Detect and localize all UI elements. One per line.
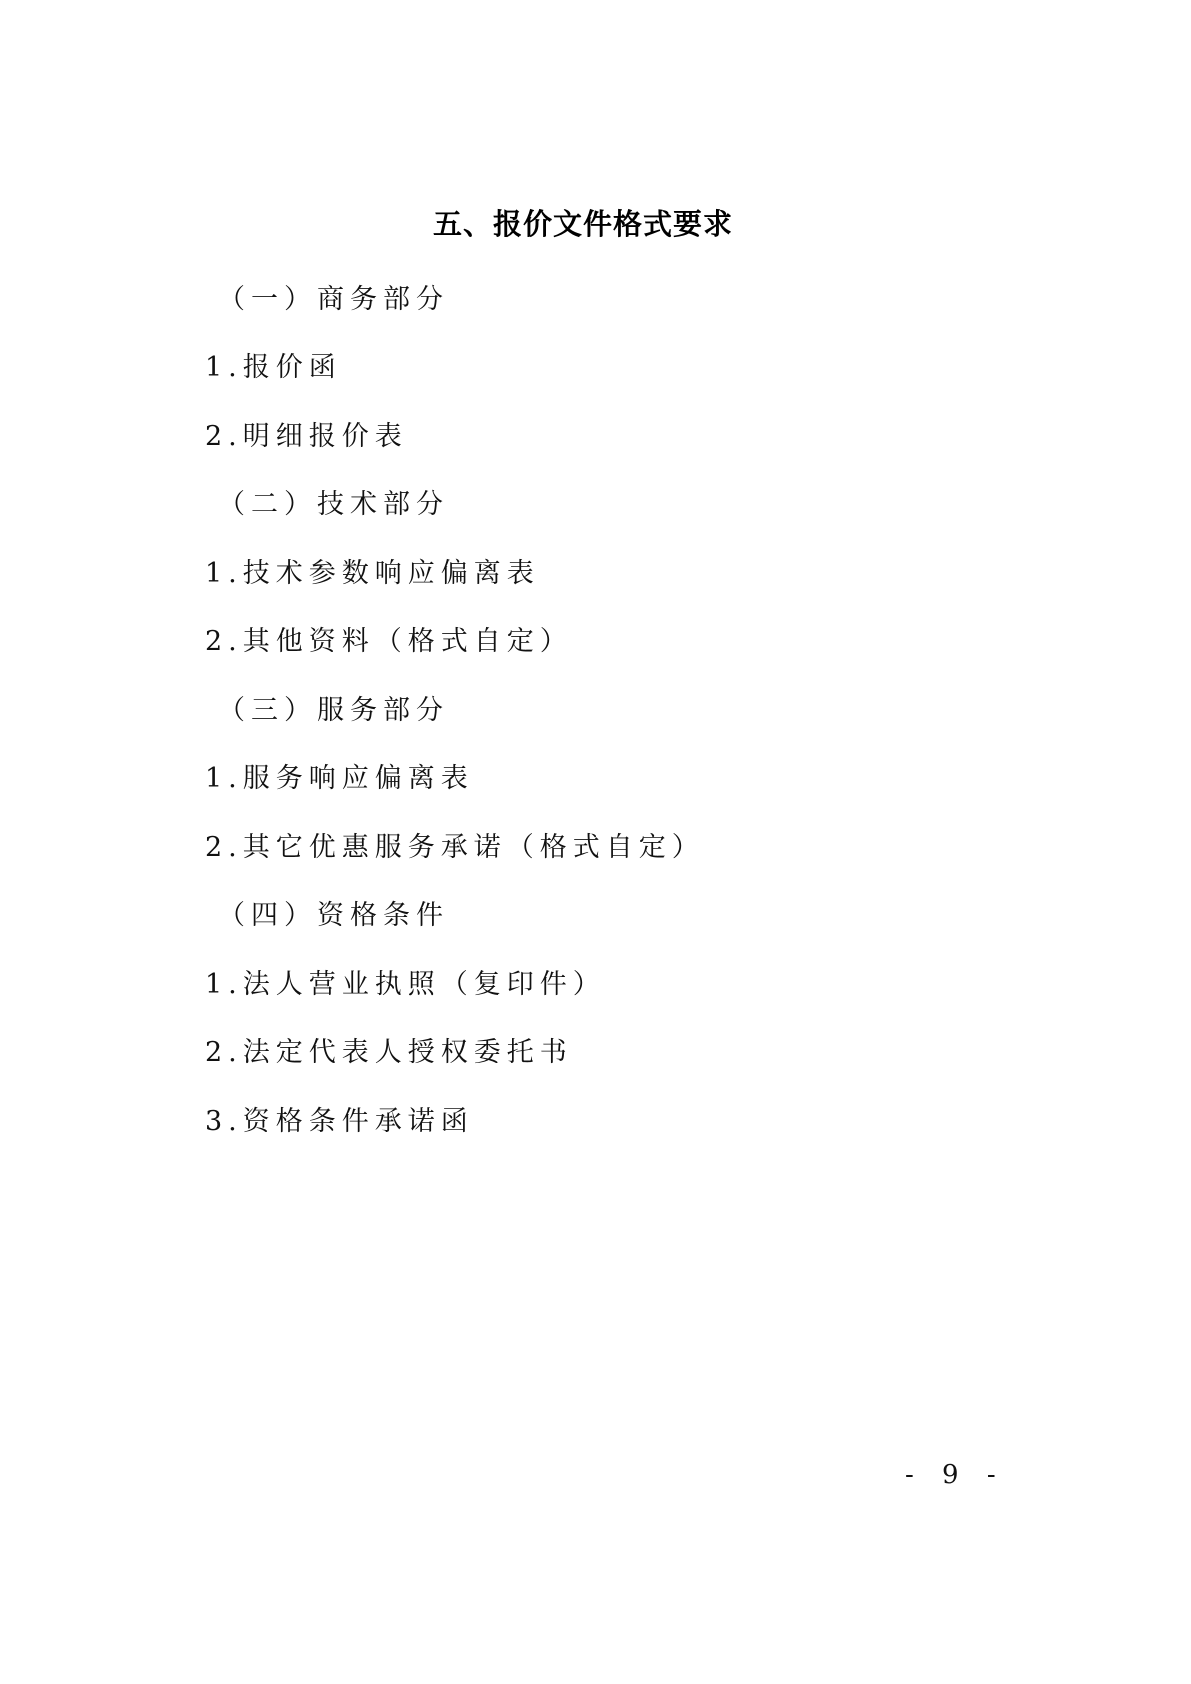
list-item: 1.报价函 bbox=[205, 350, 342, 386]
page-number: - 9 - bbox=[905, 1458, 1006, 1492]
section-heading-qualification: （四）资格条件 bbox=[218, 898, 449, 934]
list-item: 3.资格条件承诺函 bbox=[205, 1104, 474, 1140]
list-item: 1.服务响应偏离表 bbox=[205, 761, 474, 797]
list-item: 2.其他资料（格式自定） bbox=[205, 624, 573, 660]
list-item: 2.法定代表人授权委托书 bbox=[205, 1035, 573, 1071]
list-item: 2.其它优惠服务承诺（格式自定） bbox=[205, 830, 705, 866]
page-title: 五、报价文件格式要求 bbox=[0, 204, 1166, 244]
list-item: 2.明细报价表 bbox=[205, 419, 408, 455]
section-heading-technical: （二）技术部分 bbox=[218, 487, 449, 523]
section-heading-service: （三）服务部分 bbox=[218, 693, 449, 729]
list-item: 1.法人营业执照（复印件） bbox=[205, 967, 606, 1003]
section-heading-commercial: （一）商务部分 bbox=[218, 282, 449, 318]
document-page: 五、报价文件格式要求 （一）商务部分 1.报价函 2.明细报价表 （二）技术部分… bbox=[0, 0, 1191, 1684]
list-item: 1.技术参数响应偏离表 bbox=[205, 556, 540, 592]
